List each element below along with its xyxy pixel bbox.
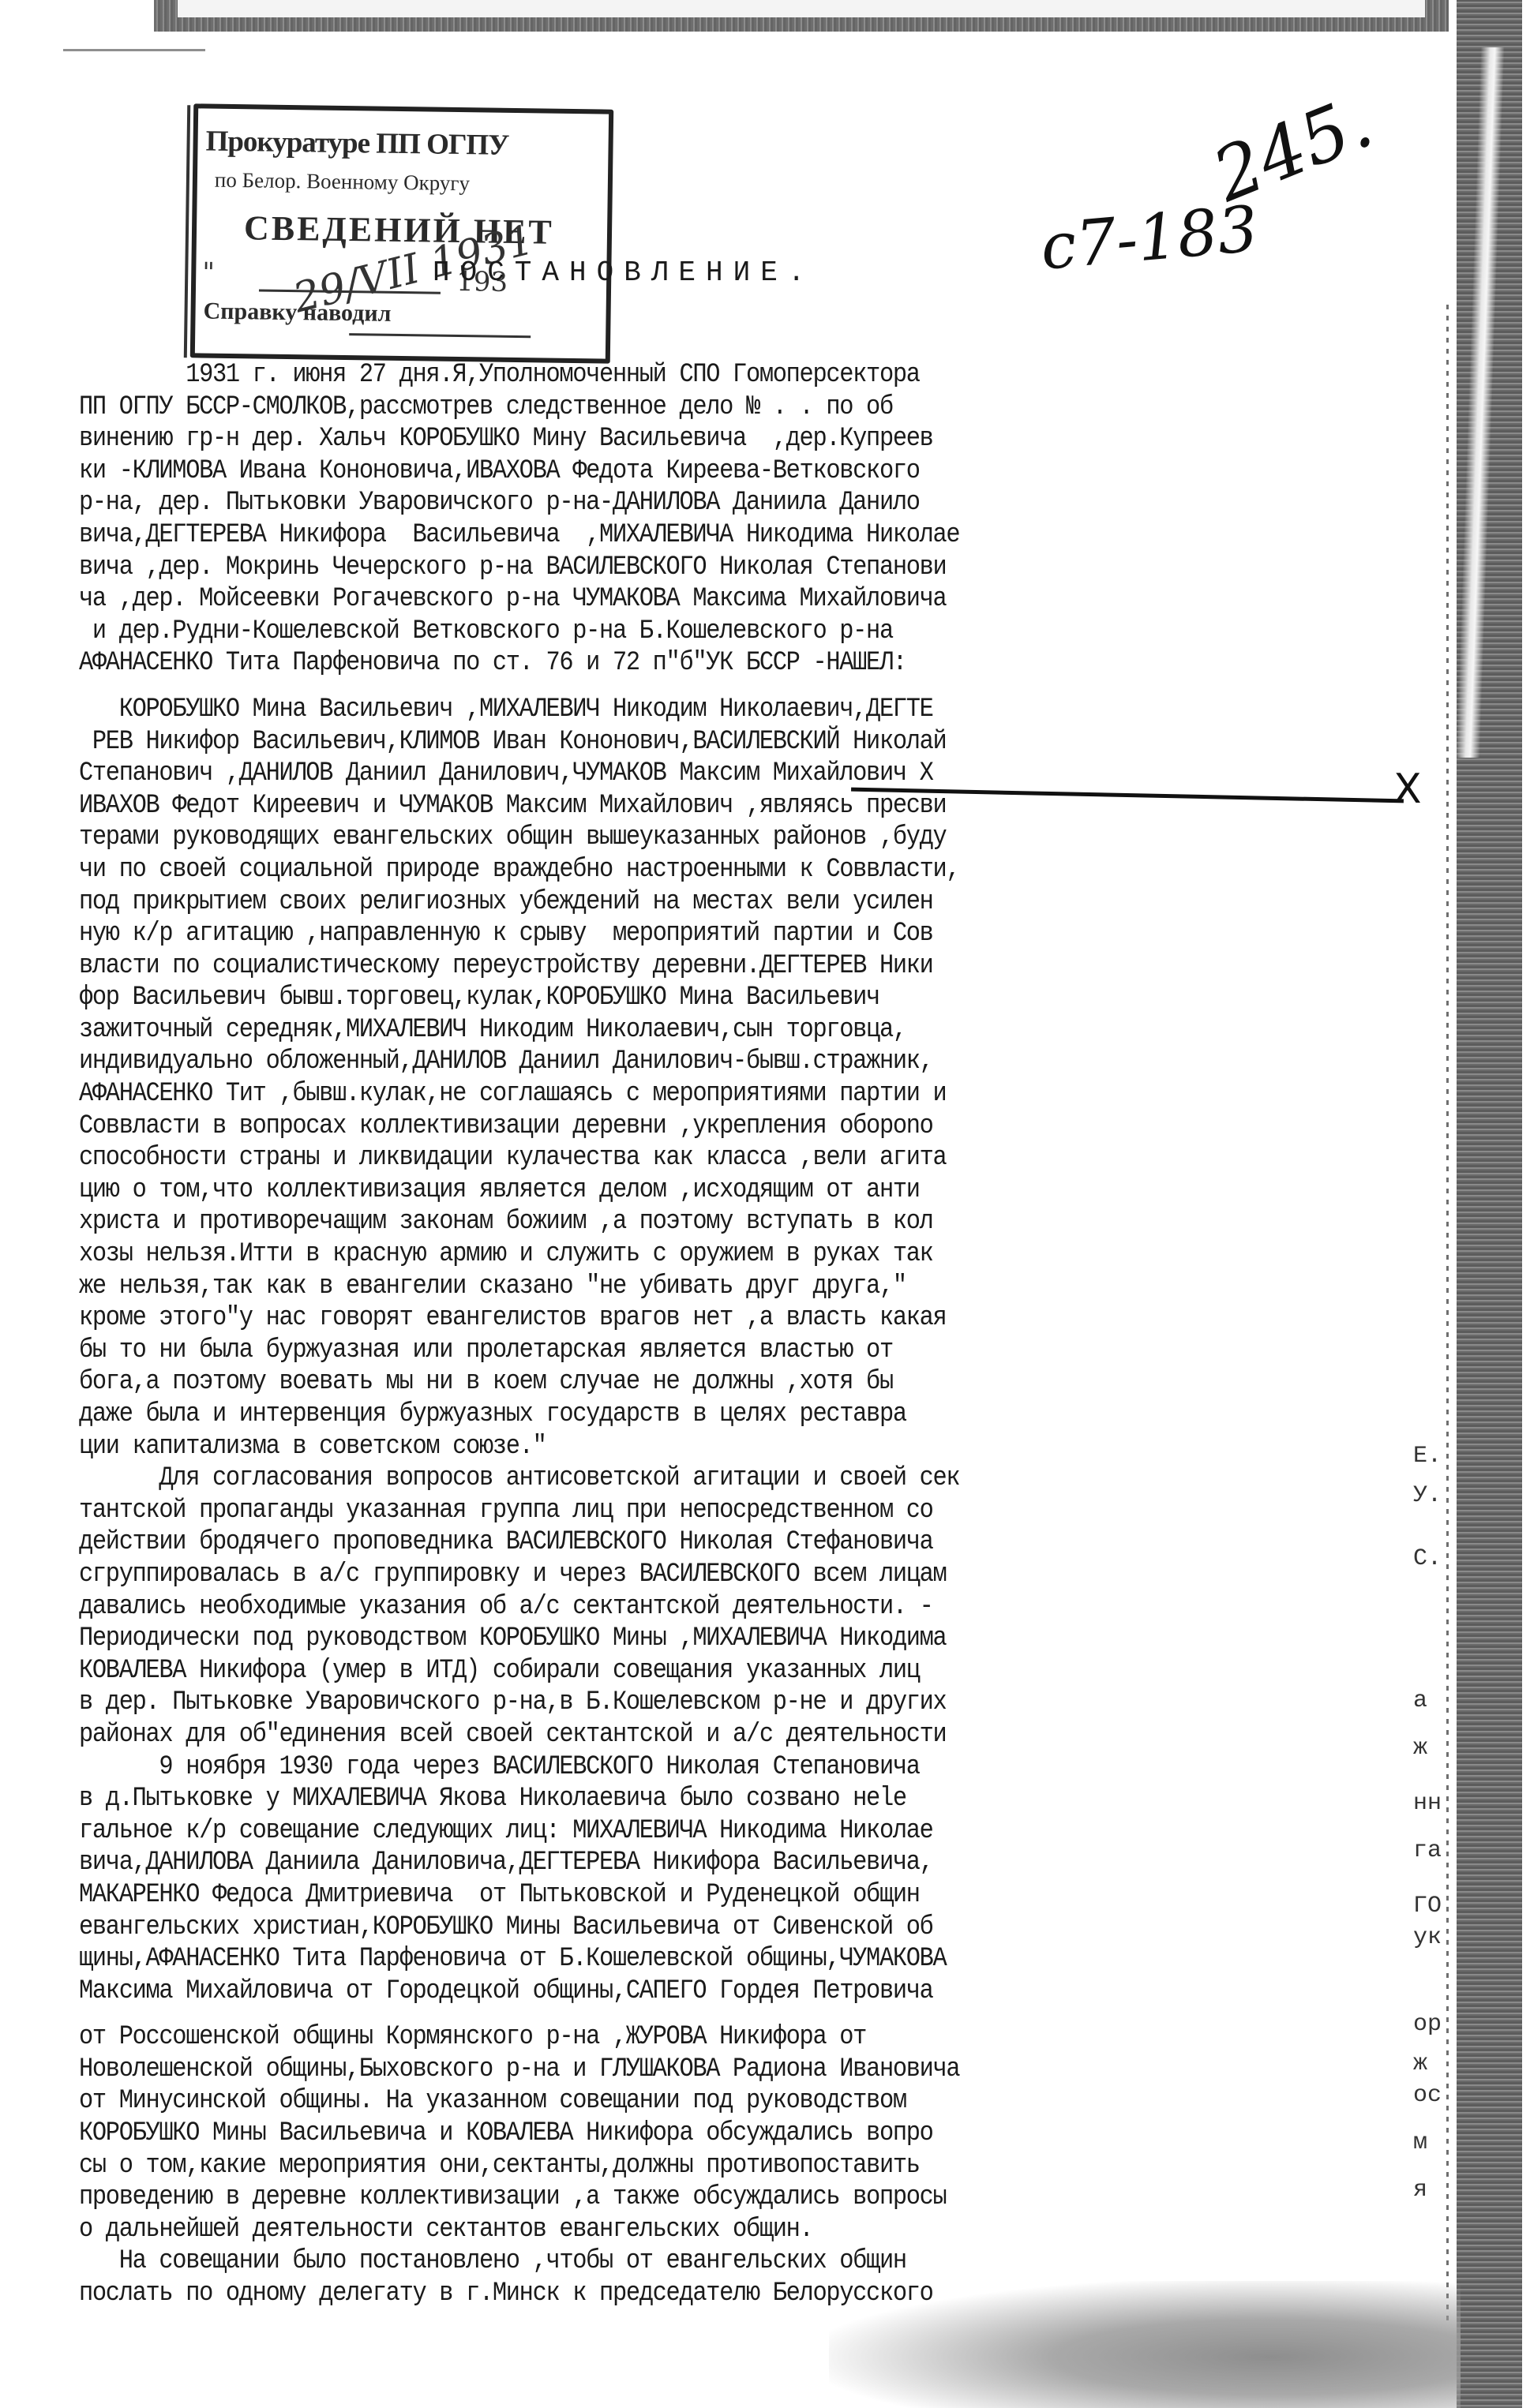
scan-top-paper bbox=[178, 0, 1425, 17]
document-line: ции капитализма в советском союзе." bbox=[79, 1431, 1274, 1463]
margin-fragment: С. bbox=[1413, 1547, 1442, 1571]
document-line: кроме этого"у нас говорят евангелистов в… bbox=[79, 1302, 1274, 1335]
handwritten-case-number: с7-183 bbox=[1037, 192, 1260, 284]
document-line: КОРОБУШКО Мины Васильевича и КОВАЛЕВА Ни… bbox=[79, 2118, 1274, 2150]
scan-border bbox=[1522, 0, 1530, 2408]
document-line: АФАНАСЕНКО Тит ,бывш.кулак,не соглашаясь… bbox=[79, 1078, 1274, 1110]
document-line: о дальнейшей деятельности сектантов еван… bbox=[79, 2214, 1274, 2246]
margin-fragment: га bbox=[1413, 1839, 1442, 1863]
archive-stamp: Прокуратуре ПП ОГПУ по Белор. Военному О… bbox=[190, 103, 613, 363]
document-line: р-на, дер. Пытьковки Уваровичского р-на-… bbox=[79, 487, 1274, 519]
document-line: вича,ДЕГТЕРЕВА Никифора Васильевича ,МИХ… bbox=[79, 519, 1274, 552]
margin-fragment: я bbox=[1413, 2178, 1427, 2202]
document-body: 1931 г. июня 27 дня.Я,Уполномоченный СПО… bbox=[79, 359, 1437, 2310]
underlying-page-edge bbox=[1446, 300, 1449, 2320]
scan-top-mark bbox=[63, 49, 205, 51]
document-line: же нельзя,так как в евангелии сказано "н… bbox=[79, 1271, 1274, 1303]
margin-fragment: У. bbox=[1413, 1484, 1442, 1507]
document-line: чи по своей социальной природе враждебно… bbox=[79, 854, 1274, 886]
document-line: индивидуально обложенный,ДАНИЛОВ Даниил … bbox=[79, 1046, 1274, 1078]
document-line: КОВАЛЕВА Никифора (умер в ИТД) собирали … bbox=[79, 1655, 1274, 1687]
stamp-reference-line bbox=[349, 333, 531, 338]
document-line: христа и противоречащим законам божиим ,… bbox=[79, 1206, 1274, 1238]
document-line: РЕВ Никифор Васильевич,КЛИМОВ Иван Конон… bbox=[79, 726, 1274, 758]
insertion-mark: X bbox=[1393, 766, 1422, 813]
document-line: 9 ноября 1930 года через ВАСИЛЕВСКОГО Ни… bbox=[79, 1751, 1274, 1784]
document-line: гальное к/р совещание следующих лиц: МИХ… bbox=[79, 1815, 1274, 1848]
document-line: цию о том,что коллективизация является д… bbox=[79, 1174, 1274, 1207]
margin-fragment: ук bbox=[1413, 1926, 1442, 1949]
margin-fragment: ор bbox=[1413, 2013, 1442, 2036]
document-line: тантской пропаганды указанная группа лиц… bbox=[79, 1495, 1274, 1527]
document-line: КОРОБУШКО Мина Васильевич ,МИХАЛЕВИЧ Ник… bbox=[79, 694, 1274, 726]
margin-fragment: нн bbox=[1413, 1792, 1442, 1815]
document-line: ную к/р агитацию ,направленную к срыву м… bbox=[79, 918, 1274, 950]
document-line: бога,а поэтому воевать мы ни в коем случ… bbox=[79, 1366, 1274, 1399]
document-line: На совещании было постановлено ,чтобы от… bbox=[79, 2245, 1274, 2278]
document-line: давались необходимые указания об а/с сек… bbox=[79, 1591, 1274, 1623]
document-line: ча ,дер. Мойсеевки Рогачевского р-на ЧУМ… bbox=[79, 583, 1274, 616]
margin-fragment: ж bbox=[1413, 2052, 1427, 2076]
document-line: ки -КЛИМОВА Ивана Кононовича,ИВАХОВА Фед… bbox=[79, 455, 1274, 488]
document-line: способности страны и ликвидации кулачест… bbox=[79, 1142, 1274, 1174]
document-line: терами руководящих евангельских общин вы… bbox=[79, 822, 1274, 854]
document-line: бы то ни была буржуазная или пролетарска… bbox=[79, 1335, 1274, 1367]
document-line: в дер. Пытьковке Уваровичского р-на,в Б.… bbox=[79, 1687, 1274, 1719]
document-line: Для согласования вопросов антисоветской … bbox=[79, 1462, 1274, 1495]
document-line bbox=[79, 2007, 1274, 2021]
document-line: сгруппировалась в а/с группировку и чере… bbox=[79, 1559, 1274, 1591]
stamp-district: по Белор. Военному Округу bbox=[215, 168, 470, 197]
document-line: евангельских христиан,КОРОБУШКО Мины Вас… bbox=[79, 1912, 1274, 1944]
margin-fragment: ГО bbox=[1413, 1894, 1442, 1918]
margin-fragment: ж bbox=[1413, 1736, 1427, 1760]
document-line: 1931 г. июня 27 дня.Я,Уполномоченный СПО… bbox=[79, 359, 1274, 391]
document-line: от Минусинской общины. На указанном сове… bbox=[79, 2085, 1274, 2118]
document-line: сы о том,какие мероприятия они,сектанты,… bbox=[79, 2150, 1274, 2182]
margin-fragment: м bbox=[1413, 2131, 1427, 2155]
document-line: ПП ОГПУ БССР-СМОЛКОВ,рассмотрев следстве… bbox=[79, 391, 1274, 424]
margin-fragment: ос bbox=[1413, 2084, 1442, 2107]
document-line: действии бродячего проповедника ВАСИЛЕВС… bbox=[79, 1526, 1274, 1559]
document-line bbox=[79, 680, 1274, 694]
document-line: винению гр-н дер. Хальч КОРОБУШКО Мину В… bbox=[79, 423, 1274, 455]
stamp-date-quote: " bbox=[202, 257, 215, 288]
stamp-reference-label: Справку наводил bbox=[203, 298, 391, 328]
stamp-authority: Прокуратуре ПП ОГПУ bbox=[205, 125, 508, 163]
document-line: Степанович ,ДАНИЛОВ Даниил Данилович,ЧУМ… bbox=[79, 758, 1274, 790]
document-line: даже была и интервенция буржуазных госуд… bbox=[79, 1399, 1274, 1431]
document-line: вича,ДАНИЛОВА Даниила Даниловича,ДЕГТЕРЕ… bbox=[79, 1847, 1274, 1879]
document-line: под прикрытием своих религиозных убежден… bbox=[79, 886, 1274, 919]
document-line: Соввласти в вопросах коллективизации дер… bbox=[79, 1110, 1274, 1143]
document-line: Периодически под руководством КОРОБУШКО … bbox=[79, 1623, 1274, 1655]
document-line: зажиточный середняк,МИХАЛЕВИЧ Никодим Ни… bbox=[79, 1014, 1274, 1047]
document-line: послать по одному делегату в г.Минск к п… bbox=[79, 2278, 1274, 2310]
stamp-border-mark bbox=[184, 105, 190, 358]
document-line: Новолешенской общины,Быховского р-на и Г… bbox=[79, 2054, 1274, 2086]
document-line: в д.Пытьковке у МИХАЛЕВИЧА Якова Николае… bbox=[79, 1783, 1274, 1815]
document-line: власти по социалистическому переустройст… bbox=[79, 950, 1274, 983]
document-line: Максима Михайловича от Городецкой общины… bbox=[79, 1975, 1274, 2008]
margin-fragment: а bbox=[1413, 1689, 1427, 1713]
document-line: МАКАРЕНКО Федоса Дмитриевича от Пытьковс… bbox=[79, 1879, 1274, 1912]
document-title: ПОСТАНОВЛЕНИЕ. bbox=[433, 257, 815, 289]
document-line: вича ,дер. Мокринь Чечерского р-на ВАСИЛ… bbox=[79, 552, 1274, 584]
document-line: АФАНАСЕНКО Тита Парфеновича по ст. 76 и … bbox=[79, 647, 1274, 680]
document-line: от Россошенской общины Кормянского р-на … bbox=[79, 2021, 1274, 2054]
document-line: хозы нельзя.Итти в красную армию и служи… bbox=[79, 1238, 1274, 1271]
document-line: проведению в деревне коллективизации ,а … bbox=[79, 2181, 1274, 2214]
document-line: фор Васильевич бывш.торговец,кулак,КОРОБ… bbox=[79, 982, 1274, 1014]
margin-fragment: Е. bbox=[1413, 1444, 1442, 1468]
document-line: районах для об"единения всей своей секта… bbox=[79, 1719, 1274, 1751]
document-line: и дер.Рудни-Кошелевской Ветковского р-на… bbox=[79, 616, 1274, 648]
document-line: щины,АФАНАСЕНКО Тита Парфеновича от Б.Ко… bbox=[79, 1943, 1274, 1975]
